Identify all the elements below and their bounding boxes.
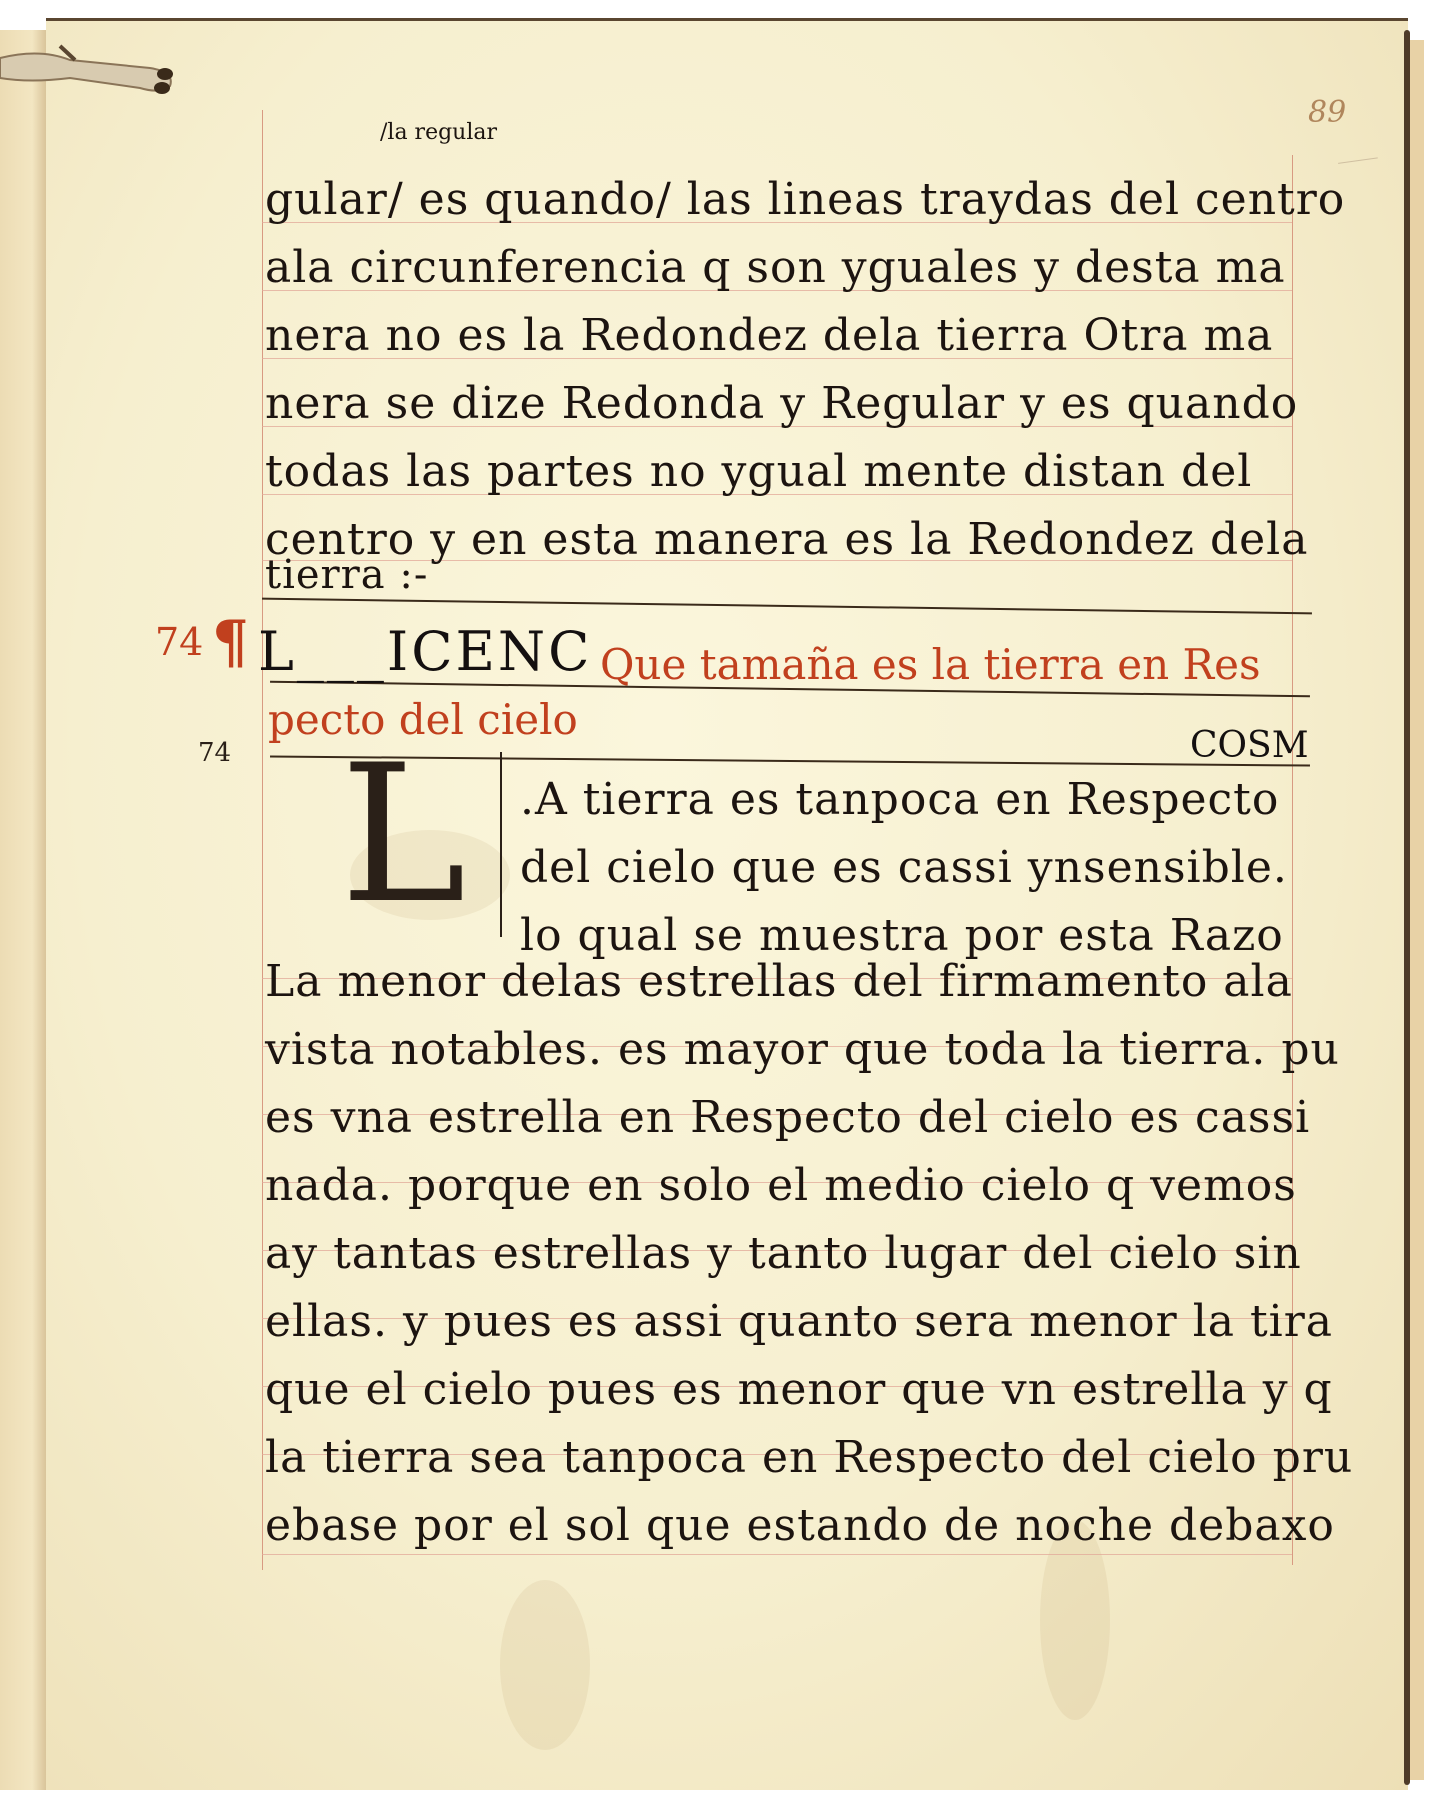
text-line: la tierra sea tanpoca en Respecto del ci… [265,1436,1285,1480]
text-line: nera no es la Redondez dela tierra Otra … [265,314,1285,358]
text-line: ebase por el sol que estando de noche de… [265,1504,1285,1548]
text-line: que el cielo pues es menor que vn estrel… [265,1368,1285,1412]
adjacent-page-edge [0,30,48,1790]
water-stain [500,1580,590,1750]
page-fore-edge [1410,40,1424,1780]
page-bottom-margin [0,1790,1439,1816]
text-line: del cielo que es cassi ynsensible. [520,846,1280,890]
interlinear-gloss: /la regular [380,120,497,145]
text-line: ala circunferencia q son yguales y desta… [265,246,1285,290]
text-line: ay tantas estrellas y tanto lugar del ci… [265,1232,1285,1276]
speaker-label: L___ICENC [258,620,593,683]
margin-number-red: 74 [155,620,203,664]
respondent-label: COSM [1190,725,1309,766]
text-line: gular/ es quando/ las lineas traydas del… [265,178,1285,222]
text-line: es vna estrella en Respecto del cielo es… [265,1096,1285,1140]
text-line: lo qual se muestra por esta Razo [520,914,1280,958]
text-line: .A tierra es tanpoca en Respecto [520,778,1280,822]
left-margin-ruling [262,110,263,1570]
text-line: tierra :- [265,555,1285,595]
binding-tie-icon [0,38,180,96]
paragraph-mark-icon: ¶ [212,608,249,676]
decorated-initial-letter: L [340,740,466,930]
text-line: todas las partes no ygual mente distan d… [265,450,1285,494]
initial-divider [500,752,502,937]
right-margin-ruling [1292,155,1293,1565]
text-line: ellas. y pues es assi quanto sera menor … [265,1300,1285,1344]
ruling-line [262,1554,1292,1555]
manuscript-spread: 89 /la regular gular/ es quando/ las lin… [0,0,1439,1816]
folio-number: 89 [1308,95,1346,130]
text-line: La menor delas estrellas del firmamento … [265,960,1285,1004]
rubric-question-line-1: Que tamaña es la tierra en Res [600,640,1261,689]
margin-number: 74 [198,738,231,768]
text-line: nada. porque en solo el medio cielo q ve… [265,1164,1285,1208]
text-line: vista notables. es mayor que toda la tie… [265,1028,1285,1072]
text-line: nera se dize Redonda y Regular y es quan… [265,382,1285,426]
